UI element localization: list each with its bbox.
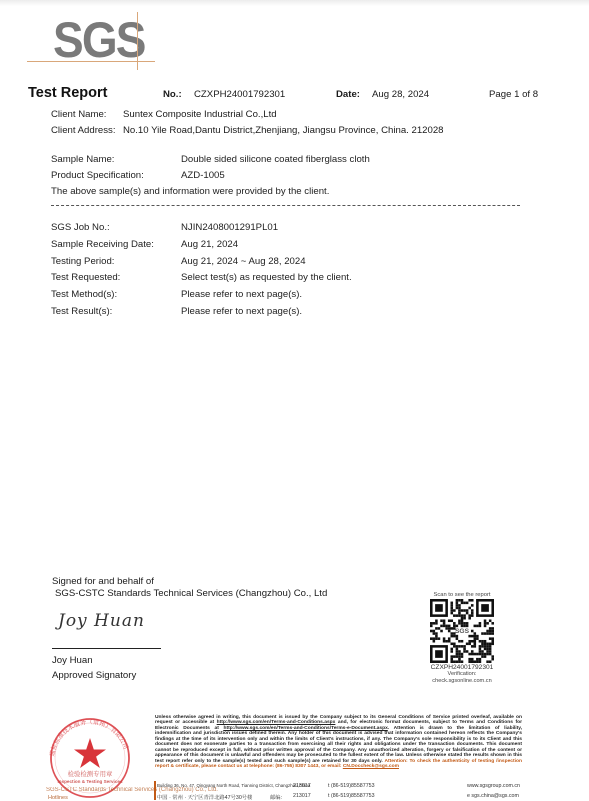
section-divider-tail [468,205,520,206]
test-methods-value: Please refer to next page(s). [181,289,302,300]
signed-for-label: Signed for and behalf of [52,576,154,587]
terms-link[interactable]: http://www.sgs.com/en/Terms-and-Conditio… [217,720,336,725]
legal-disclaimer: Unless otherwise agreed in writing, this… [155,715,522,770]
svg-text:检验检测专用章: 检验检测专用章 [68,769,113,778]
section-divider [51,205,466,206]
sgs-logo-text: SGS [53,14,145,66]
page-top-shade [0,0,589,6]
doccheck-email-link[interactable]: CN.Doccheck@sgs.com [343,764,399,769]
email-link[interactable]: e sgs.china@sgs.com [467,793,519,799]
job-no-label: SGS Job No.: [51,222,110,233]
page-indicator: Page 1 of 8 [489,89,538,100]
logo-vertical-rule [137,12,138,70]
receiving-date-label: Sample Receiving Date: [51,239,154,250]
signing-company: SGS-CSTC Standards Technical Services (C… [55,588,327,599]
address-accent-bar [154,781,156,800]
sample-provided-note: The above sample(s) and information were… [51,186,329,197]
svg-text:Inspection & Testing Services: Inspection & Testing Services [57,779,122,784]
stamp-hotline-text: Hotlines [48,795,68,801]
client-name-label: Client Name: [51,109,106,120]
report-date-label: Date: [336,89,360,100]
website-link[interactable]: www.sgsgroup.com.cn [467,783,520,789]
logo-horizontal-rule [27,61,155,62]
report-no-value: CZXPH24001792301 [194,89,285,100]
client-address-value: No.10 Yile Road,Dantu District,Zhenjiang… [123,125,444,136]
qr-verification-label: Verification: [426,671,498,678]
receiving-date-value: Aug 21, 2024 [181,239,238,250]
product-spec-value: AZD-1005 [181,170,225,181]
qr-verification-site[interactable]: check.sgsonline.com.cn [426,678,498,685]
test-requested-label: Test Requested: [51,272,120,283]
test-results-label: Test Result(s): [51,306,112,317]
svg-text:SGS: SGS [455,628,470,635]
report-date-value: Aug 28, 2024 [372,89,429,100]
phone-cn: t (86-519)85587753 [328,793,375,799]
signature-line [52,648,161,649]
testing-period-label: Testing Period: [51,256,114,267]
client-address-label: Client Address: [51,125,116,136]
report-title: Test Report [28,85,108,101]
sample-name-value: Double sided silicone coated fiberglass … [181,154,370,165]
sgs-logo: SGS [50,12,150,70]
test-methods-label: Test Method(s): [51,289,117,300]
signatory-name: Joy Huan [52,655,93,666]
qr-report-no: CZXPH24001792301 [426,664,498,671]
qr-code-icon[interactable]: SGS [430,599,494,663]
postcode-cn: 213017 [293,793,311,799]
postcode-en: 213017 [293,783,311,789]
testing-period-value: Aug 21, 2024 ~ Aug 28, 2024 [181,256,306,267]
report-no-label: No.: [163,89,182,100]
client-name-value: Suntex Composite Industrial Co.,Ltd [123,109,277,120]
phone-en: t (86-519)85587753 [328,783,375,789]
product-spec-label: Product Specification: [51,170,144,181]
signatory-title: Approved Signatory [52,670,136,681]
sample-name-label: Sample Name: [51,154,114,165]
qr-caption: Scan to see the report [426,592,498,598]
handwritten-signature: Joy Huan [58,611,145,631]
official-seal-icon: 通标标准技术服务（常州）有限公司 检验检测专用章 Inspection & Te… [40,712,140,798]
job-no-value: NJIN2408001291PL01 [181,222,278,233]
address-en: Building 36, No. 47, Qingyang North Road… [157,783,310,788]
address-cn: 中国 · 常州 · 天宁区青洋北路47号30号楼 [157,793,252,801]
postcode-cn-label: 邮编: [270,793,282,801]
qr-verification-block: Scan to see the report SGS CZXPH24001792… [426,592,498,685]
test-requested-value: Select test(s) as requested by the clien… [181,272,352,283]
test-results-value: Please refer to next page(s). [181,306,302,317]
